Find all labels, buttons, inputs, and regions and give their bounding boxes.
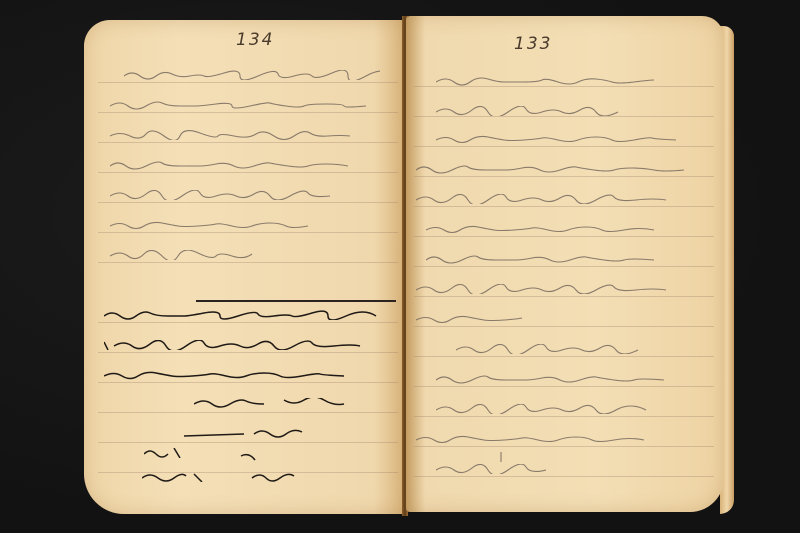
ruled-line [98,382,398,383]
handwriting-pencil-line [124,70,380,80]
ruled-line [98,172,398,173]
ruled-line [414,386,714,387]
handwriting-pencil-line [416,164,706,174]
handwriting-ink-line [144,448,184,458]
handwriting-pencil-line [110,250,280,260]
ruled-line [414,296,714,297]
ruled-line [414,146,714,147]
handwriting-pencil-line [416,314,546,324]
ruled-line [414,476,714,477]
handwriting-pencil-line [110,160,380,170]
open-notebook: 134 133 [84,14,738,520]
handwriting-ink-line [239,452,259,462]
handwriting-pencil-line [426,254,696,264]
handwriting-ink-line [104,310,380,320]
ruled-line [98,412,398,413]
handwriting-pencil-line [436,76,676,86]
ruled-line [98,202,398,203]
left-page: 134 [84,20,406,514]
handwriting-pencil-line [416,194,706,204]
ruled-line [414,236,714,237]
handwriting-pencil-line [416,284,696,294]
ruled-line [414,86,714,87]
handwriting-pencil-line [110,130,380,140]
left-page-number: 134 [236,30,274,50]
handwriting-ink-line [104,370,380,380]
ruled-line [98,142,398,143]
handwriting-ink-line [194,398,354,408]
ruled-line [414,266,714,267]
ruled-line [414,446,714,447]
handwriting-pencil-line [436,404,676,414]
handwriting-ink-line [104,340,380,350]
ink-divider-line [196,300,396,302]
ruled-line [98,262,398,263]
handwriting-pencil-line [436,464,546,474]
handwriting-pencil-line [416,434,696,444]
ruled-line [414,116,714,117]
handwriting-pencil-line [110,220,370,230]
handwriting-ink-line [184,428,304,438]
handwriting-pencil-line [110,190,380,200]
ruled-line [414,176,714,177]
ruled-line [98,352,398,353]
ruled-line [98,322,398,323]
handwriting-pencil-line [436,374,696,384]
handwriting-pencil-line [496,452,506,462]
ruled-line [414,356,714,357]
ruled-line [414,326,714,327]
handwriting-pencil-line [436,134,706,144]
ruled-line [414,206,714,207]
ruled-line [98,442,398,443]
handwriting-pencil-line [436,106,636,116]
handwriting-pencil-line [456,344,656,354]
ruled-line [98,232,398,233]
handwriting-pencil-line [426,224,696,234]
right-page-number: 133 [514,34,552,54]
right-page: 133 [406,16,724,512]
ruled-line [98,82,398,83]
ruled-line [414,416,714,417]
handwriting-pencil-line [110,100,380,110]
handwriting-ink-line [142,472,302,482]
ruled-line [98,112,398,113]
